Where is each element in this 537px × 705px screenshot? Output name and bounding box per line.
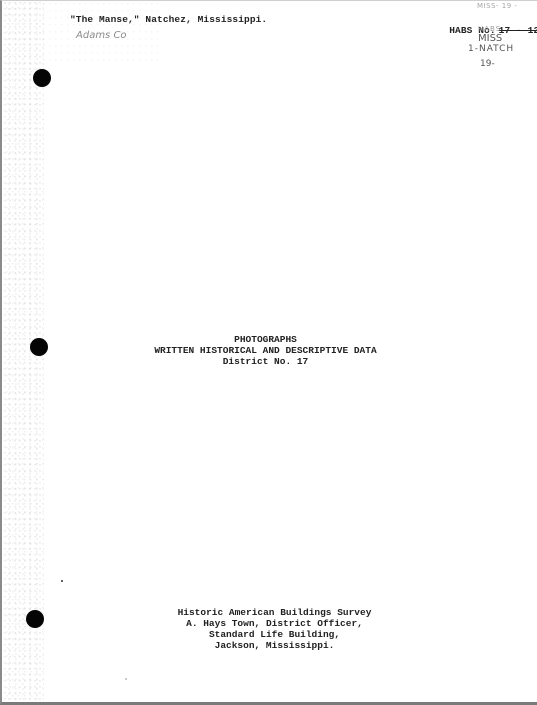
- annotation-state: MISS: [478, 33, 502, 44]
- title-line-district: District No. 17: [0, 356, 534, 367]
- annotation-habs: HABS: [478, 25, 501, 33]
- habs-number-struck: 17 - 12: [499, 25, 537, 36]
- annotation-top-faint: MISS- 19 -: [477, 2, 517, 10]
- punch-hole-top: [33, 69, 51, 87]
- survey-address-block: Historic American Buildings Survey A. Ha…: [6, 607, 537, 651]
- title-line-photographs: PHOTOGRAPHS: [0, 334, 534, 345]
- address-line-survey: Historic American Buildings Survey: [6, 607, 537, 618]
- annotation-city: 1-NATCH: [468, 44, 514, 54]
- document-title-line: "The Manse," Natchez, Mississippi.: [70, 14, 267, 25]
- document-page: "The Manse," Natchez, Mississippi. Adams…: [0, 0, 537, 705]
- address-line-city: Jackson, Mississippi.: [6, 640, 537, 651]
- address-line-building: Standard Life Building,: [6, 629, 537, 640]
- stray-mark: [61, 580, 63, 582]
- annotation-number: 19-: [480, 59, 495, 69]
- title-line-written-data: WRITTEN HISTORICAL AND DESCRIPTIVE DATA: [0, 345, 534, 356]
- title-block: PHOTOGRAPHS WRITTEN HISTORICAL AND DESCR…: [0, 334, 534, 367]
- handwritten-county-note: Adams Co: [76, 30, 127, 41]
- address-line-officer: A. Hays Town, District Officer,: [6, 618, 537, 629]
- stray-mark: [125, 678, 127, 680]
